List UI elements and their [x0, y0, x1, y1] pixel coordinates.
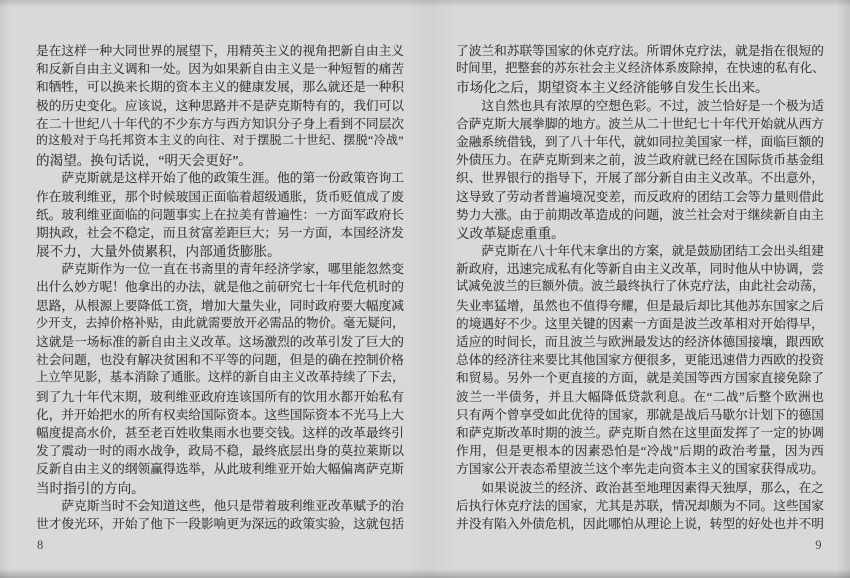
page-right: 了波兰和苏联等国家的休克疗法。所谓休克疗法，就是指在很短的时间里，把整套的苏东社…	[456, 0, 824, 578]
text-line: 这就是一场标准的新自由主义改革。这场激烈的改革引发了巨大的	[36, 331, 404, 349]
text-line: 上立竿见影，基本消除了通胀。这样的新自由主义改革持续了下去，	[36, 367, 404, 385]
text-line: 这导致了劳动者普遍境况变差，而反政府的团结工会等力量则借此	[456, 186, 824, 204]
text-line: 和反新自由主义调和一处。因为如果新自由主义是一种短暂的痛苦	[36, 58, 404, 76]
text-line: 作用，但是更根本的因素恐怕是“冷战”后期的政治考量，因为西	[456, 440, 824, 458]
text-line: 并没有陷入外债危机，因此哪怕从理论上说，转型的好处也并不明	[456, 513, 824, 531]
text-line: 外债压力。在萨克斯到来之前，波兰政府就已经在国际货币基金组	[456, 149, 824, 167]
page-number-left: 8	[37, 538, 44, 553]
text-line: 市场化之后，期望资本主义经济能够自发生长出来。	[456, 76, 824, 94]
text-line: 和萨克斯改革时期的波兰。萨克斯自然在这里面发挥了一定的协调	[456, 422, 824, 440]
text-line: 思路，从根源上要降低工资，增加大量失业，同时政府要大幅度减	[36, 295, 404, 313]
text-line: 反新自由主义的纲领赢得选举，从此玻利维亚开始大幅偏离萨克斯	[36, 458, 404, 476]
text-line: 和贸易。另外一个更直接的方面，就是美国等西方国家直接免除了	[456, 367, 824, 385]
text-line: 极的历史变化。应该说，这种思路并不是萨克斯特有的，我们可以	[36, 95, 404, 113]
text-line: 势力大涨。由于前期改革造成的问题，波兰社会对于继续新自由主	[456, 204, 824, 222]
text-line: 萨克斯当时不会知道这些，他只是带着玻利维亚改革赋予的治	[36, 495, 404, 513]
text-line: 试减免波兰的巨额外债。波兰最终执行了休克疗法，由此社会动荡，	[456, 276, 824, 294]
text-line: 出什么妙方呢！他拿出的办法，就是他之前研究七十年代危机时的	[36, 276, 404, 294]
text-line: 只有两个曾享受如此优待的国家，那就是战后马歇尔计划下的德国	[456, 404, 824, 422]
text-line: 作在玻利维亚，那个时候玻国正面临着超级通胀，货币贬值成了废	[36, 186, 404, 204]
text-line: 波兰一半债务，并且大幅降低贷款利息。在“二战”后整个欧洲也	[456, 386, 824, 404]
page-right-text: 了波兰和苏联等国家的休克疗法。所谓休克疗法，就是指在很短的时间里，把整套的苏东社…	[456, 40, 824, 531]
text-line: 适应的时间长，而且波兰与欧洲最发达的经济体德国接壤，跟西欧	[456, 331, 824, 349]
text-line: 的这般对于乌托邦资本主义的向往、对于摆脱二十世纪、摆脱“冷战”	[36, 131, 404, 149]
text-line: 萨克斯就是这样开始了他的政策生涯。他的第一份政策咨询工	[36, 167, 404, 185]
text-line: 合萨克斯大展拳脚的地方。波兰从二十世纪七十年代开始就从西方	[456, 113, 824, 131]
text-line: 后执行休克疗法的国家，尤其是苏联，情况却颇为不同。这些国家	[456, 495, 824, 513]
text-line: 在二十世纪八十年代的不少东方与西方知识分子身上看到不同层次	[36, 113, 404, 131]
page-left-text: 是在这样一种大同世界的展望下，用精英主义的视角把新自由主义和反新自由主义调和一处…	[36, 40, 404, 531]
text-line: 幅度提高水价，甚至老百姓收集雨水也要交钱。这样的改革最终引	[36, 422, 404, 440]
text-line: 义改革疑虑重重。	[456, 222, 824, 240]
text-line: 金融系统借钱，到了八十年代，就如同拉美国家一样，面临巨额的	[456, 131, 824, 149]
book-spread: 是在这样一种大同世界的展望下，用精英主义的视角把新自由主义和反新自由主义调和一处…	[0, 0, 850, 578]
text-line: 的渴望。换句话说，“明天会更好”。	[36, 149, 404, 167]
text-line: 发了震动一时的雨水战争，政局不稳，最终底层出身的莫拉莱斯以	[36, 440, 404, 458]
text-line: 织、世界银行的指导下，开展了部分新自由主义改革。不出意外，	[456, 167, 824, 185]
text-line: 纸。玻利维亚面临的问题事实上在拉美有普遍性：一方面军政府长	[36, 204, 404, 222]
text-line: 世才俊光环，开始了他下一段影响更为深远的政策实验，这就包括	[36, 513, 404, 531]
page-gutter-shade	[404, 0, 456, 578]
text-line: 萨克斯作为一位一直在书斋里的青年经济学家，哪里能忽然变	[36, 258, 404, 276]
text-line: 和牺牲，可以换来长期的资本主义的健康发展，那么就还是一种积	[36, 76, 404, 94]
text-line: 期执政，社会不稳定，而且贫富差距巨大；另一方面，本国经济发	[36, 222, 404, 240]
text-line: 总体的经济往来要比其他国家方便很多，更能迅速借力西欧的投资	[456, 349, 824, 367]
text-line: 萨克斯在八十年代末拿出的方案，就是鼓励团结工会出头组建	[456, 240, 824, 258]
page-left: 是在这样一种大同世界的展望下，用精英主义的视角把新自由主义和反新自由主义调和一处…	[36, 0, 404, 578]
text-line: 到了九十年代末期，玻利维亚政府连该国所有的饮用水都开始私有	[36, 386, 404, 404]
text-line: 这自然也具有浓厚的空想色彩。不过，波兰恰好是一个极为适	[456, 95, 824, 113]
text-line: 新政府，迅速完成私有化等新自由主义改革，同时他从中协调，尝	[456, 258, 824, 276]
page-number-right: 9	[815, 538, 822, 553]
text-line: 化，并开始把水的所有权卖给国际资本。这些国际资本不光马上大	[36, 404, 404, 422]
text-line: 失业率猛增，虽然也不值得夸耀，但是最后却比其他苏东国家之后	[456, 295, 824, 313]
text-line: 的境遇好不少。这里关键的因素一方面是波兰改革相对开始得早，	[456, 313, 824, 331]
text-line: 时间里，把整套的苏东社会主义经济体系废除掉，在快速的私有化、	[456, 58, 824, 76]
text-line: 如果说波兰的经济、政治甚至地理因素得天独厚，那么，在之	[456, 477, 824, 495]
text-line: 展不力，大量外债累积，内部通货膨胀。	[36, 240, 404, 258]
text-line: 社会问题，也没有解决贫困和不平等的问题，但是的确在控制价格	[36, 349, 404, 367]
text-line: 是在这样一种大同世界的展望下，用精英主义的视角把新自由主义	[36, 40, 404, 58]
text-line: 了波兰和苏联等国家的休克疗法。所谓休克疗法，就是指在很短的	[456, 40, 824, 58]
text-line: 方国家公开表态希望波兰这个率先走向资本主义的国家获得成功。	[456, 458, 824, 476]
text-line: 少开支，去掉价格补贴，由此就需要放开必需品的物价。毫无疑问，	[36, 313, 404, 331]
text-line: 当时指引的方向。	[36, 477, 404, 495]
